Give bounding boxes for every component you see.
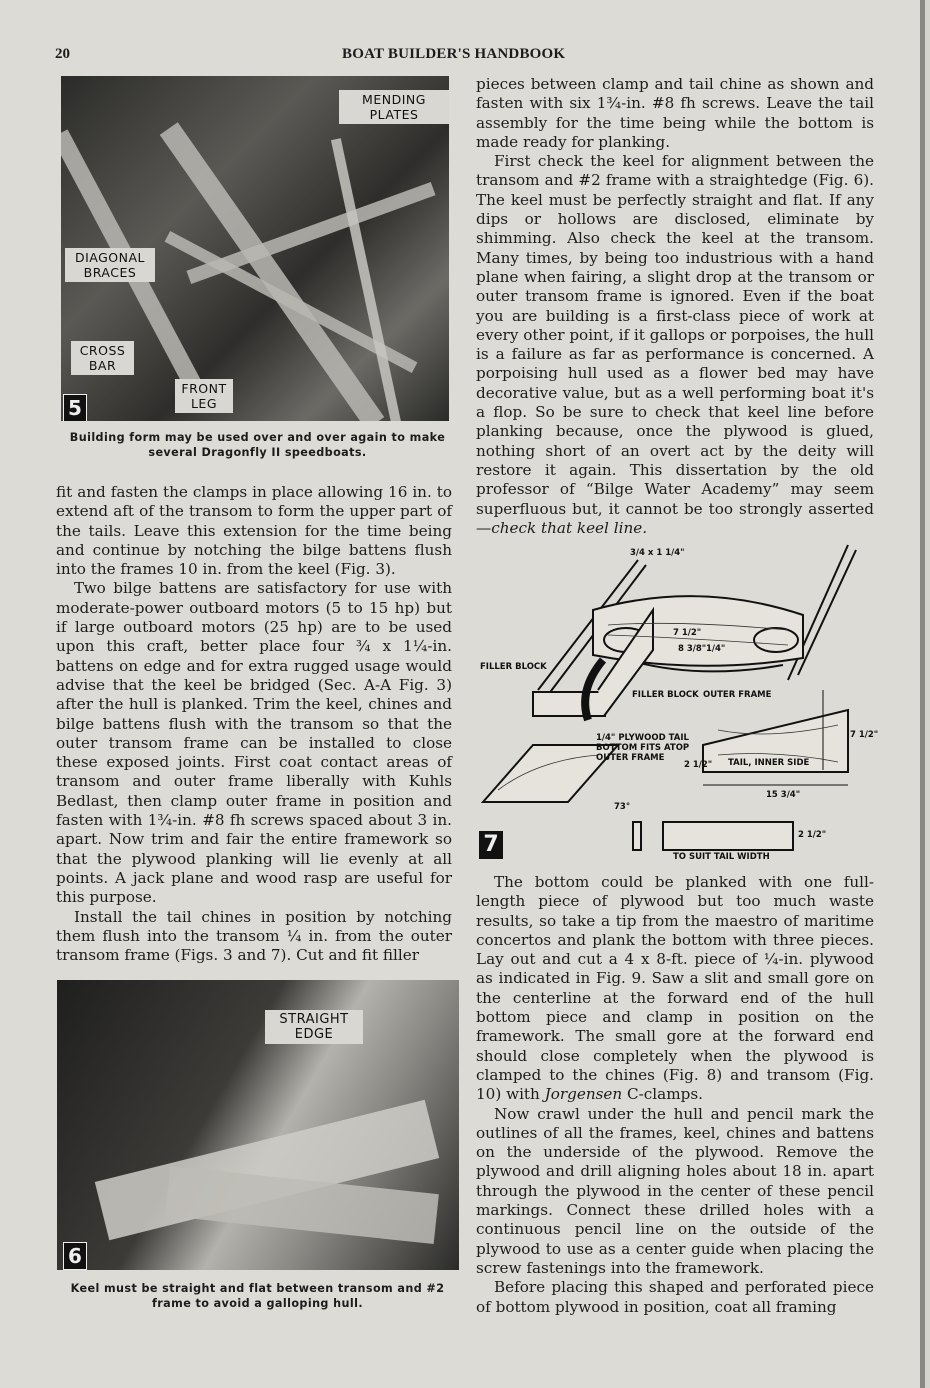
paragraph-text: C-clamps. [622, 1085, 703, 1103]
figure-7-number: 7 [479, 831, 503, 859]
label-plywood-tail: 1/4" PLYWOOD TAIL BOTTOM FITS ATOP OUTER… [596, 733, 691, 763]
label-top-dimension: 3/4 x 1 1/4" [630, 548, 685, 558]
transom-tail-drawing [478, 540, 873, 860]
label-angle-73: 73° [614, 802, 630, 812]
figure-5-photo: MENDING PLATES DIAGONAL BRACES CROSS BAR… [61, 76, 449, 421]
page-edge [920, 0, 925, 1388]
paragraph: First check the keel for alignment betwe… [476, 152, 874, 538]
label-front-leg: FRONT LEG [175, 379, 233, 413]
label-outer-frame: OUTER FRAME [703, 690, 753, 700]
paragraph: The bottom could be planked with one ful… [476, 873, 874, 1105]
figure-6-caption: Keel must be straight and flat between t… [60, 1282, 455, 1311]
left-column-text: fit and fasten the clamps in place allow… [56, 483, 452, 965]
figure-7-diagram: 3/4 x 1 1/4" FILLER BLOCK FILLER BLOCK O… [478, 540, 873, 860]
label-dim-8-3-8: 8 3/8" [678, 644, 706, 654]
figure-6-number: 6 [63, 1242, 87, 1270]
label-filler-block-right: FILLER BLOCK [632, 690, 680, 700]
label-dim-2-5-piece: 2 1/2" [798, 830, 826, 840]
label-dim-2-5-tail: 2 1/2" [684, 760, 712, 770]
paragraph-text: First check the keel for alignment betwe… [476, 152, 874, 537]
figure-5-caption: Building form may be used over and over … [60, 431, 455, 460]
label-to-suit-tail-width: TO SUIT TAIL WIDTH [673, 852, 770, 862]
paragraph-text: The bottom could be planked with one ful… [476, 873, 874, 1103]
label-dim-7-5-tail: 7 1/2" [850, 730, 878, 740]
label-mending-plates: MENDING PLATES [339, 90, 449, 124]
paragraph: Install the tail chines in position by n… [56, 908, 452, 966]
paragraph: Two bilge battens are satisfactory for u… [56, 579, 452, 907]
right-column-top-text: pieces between clamp and tail chine as s… [476, 75, 874, 538]
label-dim-1-4: 1/4" [706, 644, 725, 654]
label-dim-7-5-center: 7 1/2" [673, 628, 701, 638]
book-page: 20 BOAT BUILDER'S HANDBOOK MENDING PLATE… [0, 0, 925, 1388]
label-dim-15-3-4: 15 3/4" [766, 790, 800, 800]
paragraph: Now crawl under the hull and pencil mark… [476, 1105, 874, 1279]
label-filler-block-left: FILLER BLOCK [480, 662, 528, 672]
paragraph: fit and fasten the clamps in place allow… [56, 483, 452, 579]
running-title: BOAT BUILDER'S HANDBOOK [342, 46, 565, 63]
figure-6-photo: STRAIGHT EDGE 6 [57, 980, 459, 1270]
emphasis-text: Jorgensen [545, 1085, 623, 1103]
figure-5-number: 5 [63, 394, 87, 421]
emphasis-text: check that keel line. [491, 519, 647, 537]
right-column-bottom-text: The bottom could be planked with one ful… [476, 873, 874, 1317]
label-tail-inner-side: TAIL, INNER SIDE [728, 758, 809, 768]
paragraph: Before placing this shaped and perforate… [476, 1278, 874, 1317]
label-cross-bar: CROSS BAR [71, 341, 134, 375]
paragraph: pieces between clamp and tail chine as s… [476, 75, 874, 152]
page-number: 20 [55, 46, 70, 63]
label-diagonal-braces: DIAGONAL BRACES [65, 248, 155, 282]
label-straight-edge: STRAIGHT EDGE [265, 1010, 363, 1044]
